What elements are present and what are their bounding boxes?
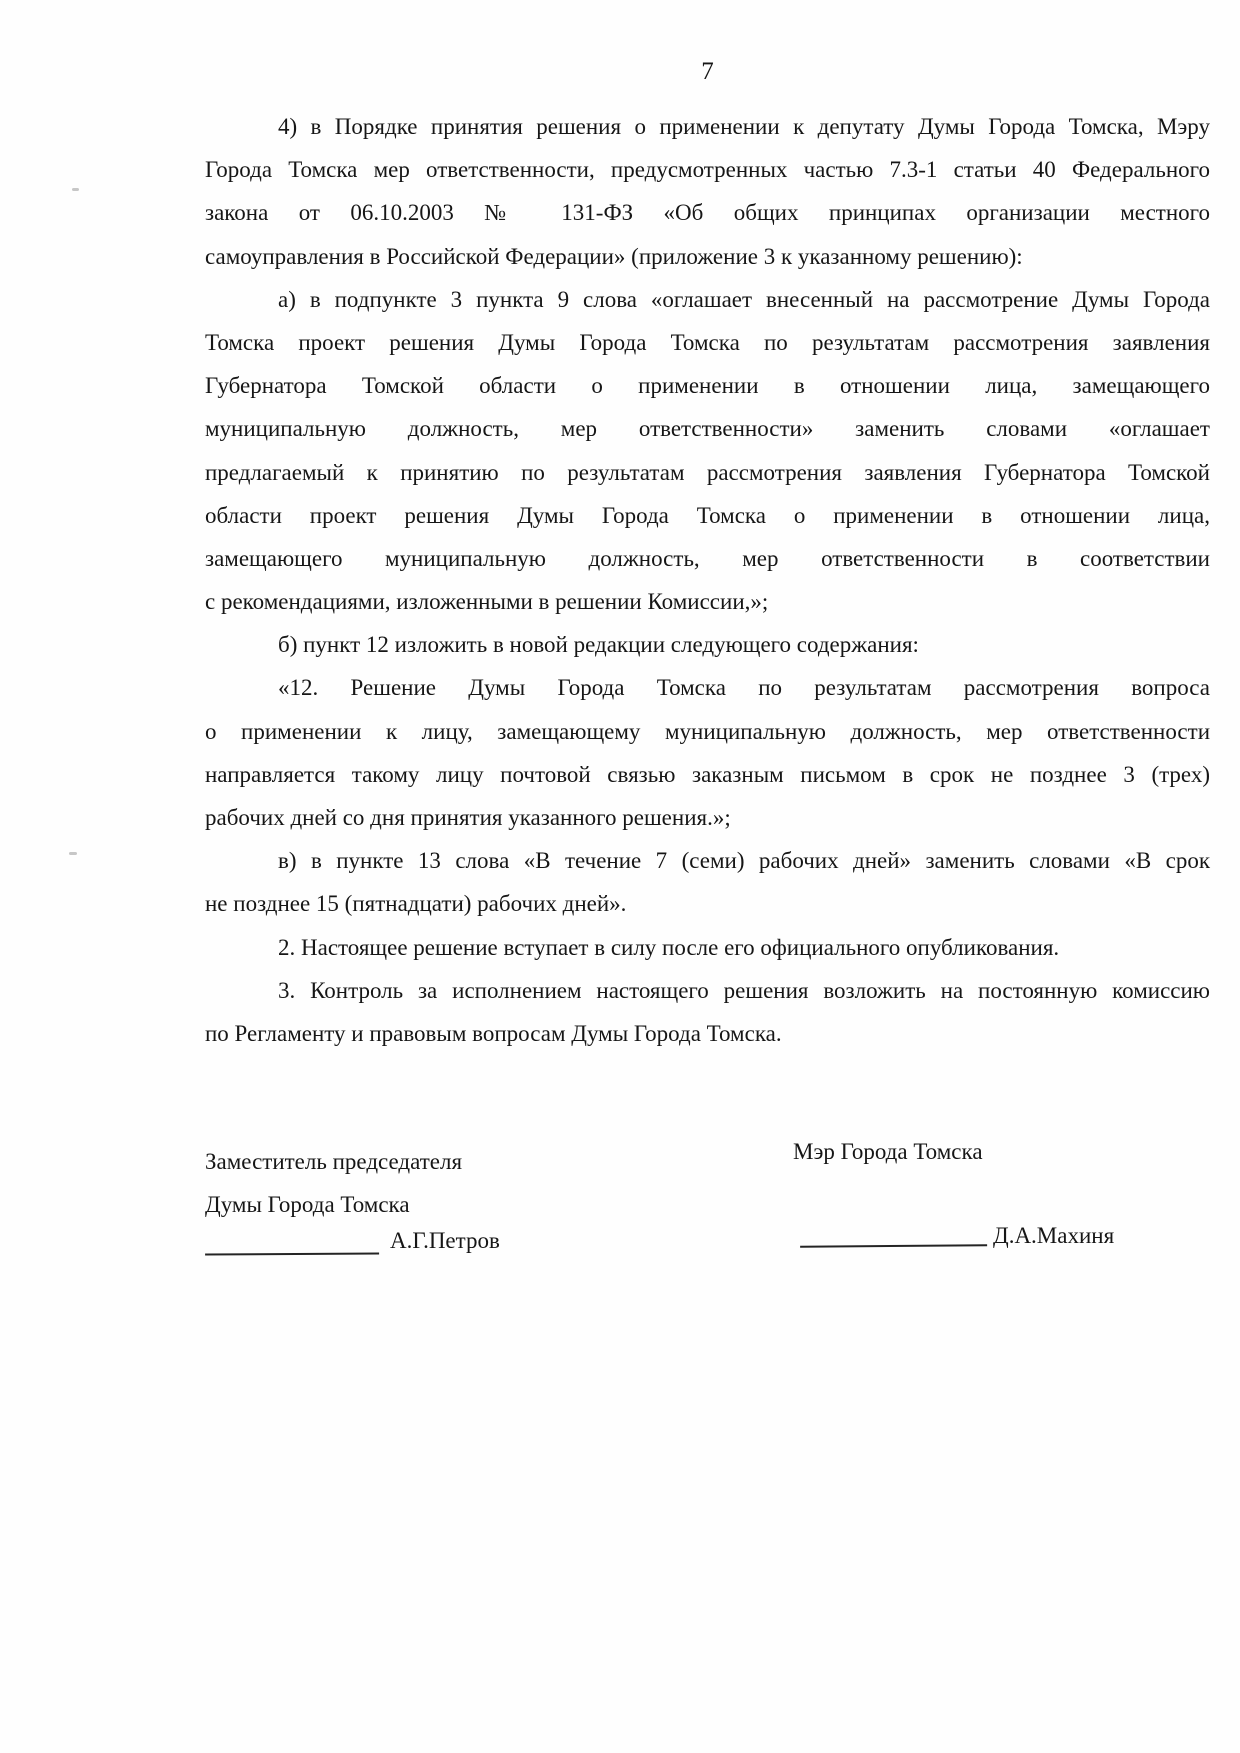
signature-left-title: Заместитель председателяДумы Города Томс… (205, 1140, 462, 1226)
paragraph-line: Томска проект решения Думы Города Томска… (205, 321, 1210, 364)
paragraph-line: муниципальную должность, мер ответственн… (205, 407, 1210, 450)
paragraph-line: области проект решения Думы Города Томск… (205, 494, 1210, 537)
scan-speck (72, 188, 79, 191)
scanned-document-page: 7 4) в Порядке принятия решения о примен… (0, 0, 1240, 1753)
paragraph-line: о применении к лицу, замещающему муницип… (205, 710, 1210, 753)
paragraph: 3. Контроль за исполнением настоящего ре… (205, 969, 1210, 1055)
signature-right-name: Д.А.Махиня (993, 1223, 1114, 1248)
paragraph-line: 3. Контроль за исполнением настоящего ре… (205, 969, 1210, 1012)
document-body: 4) в Порядке принятия решения о применен… (205, 105, 1210, 1055)
paragraph: 2. Настоящее решение вступает в силу пос… (205, 926, 1210, 969)
paragraph-line: с рекомендациями, изложенными в решении … (205, 580, 1210, 623)
signature-left-name: А.Г.Петров (390, 1228, 500, 1253)
paragraph-line: 2. Настоящее решение вступает в силу пос… (205, 926, 1210, 969)
signature-right-title: Мэр Города Томска (793, 1130, 983, 1173)
paragraph: а) в подпункте 3 пункта 9 слова «оглашае… (205, 278, 1210, 624)
paragraph-line: направляется такому лицу почтовой связью… (205, 753, 1210, 796)
paragraph-line: по Регламенту и правовым вопросам Думы Г… (205, 1012, 1210, 1055)
signature-title-line: Мэр Города Томска (793, 1130, 983, 1173)
scan-speck (69, 852, 77, 855)
paragraph: в) в пункте 13 слова «В течение 7 (семи)… (205, 839, 1210, 925)
paragraph-line: рабочих дней со дня принятия указанного … (205, 796, 1210, 839)
paragraph-line: 4) в Порядке принятия решения о применен… (205, 105, 1210, 148)
paragraph: 4) в Порядке принятия решения о применен… (205, 105, 1210, 278)
paragraph-line: «12. Решение Думы Города Томска по резул… (205, 666, 1210, 709)
paragraph: б) пункт 12 изложить в новой редакции сл… (205, 623, 1210, 666)
signature-left-line (205, 1222, 379, 1255)
paragraph-line: а) в подпункте 3 пункта 9 слова «оглашае… (205, 278, 1210, 321)
signature-right-row: Д.А.Махиня (800, 1214, 1114, 1257)
paragraph: «12. Решение Думы Города Томска по резул… (205, 666, 1210, 839)
signature-right-line (800, 1214, 987, 1247)
paragraph-line: самоуправления в Российской Федерации» (… (205, 235, 1210, 278)
paragraph-line: Губернатора Томской области о применении… (205, 364, 1210, 407)
paragraph-line: Города Томска мер ответственности, преду… (205, 148, 1210, 191)
paragraph-line: в) в пункте 13 слова «В течение 7 (семи)… (205, 839, 1210, 882)
page-number: 7 (205, 58, 1210, 86)
paragraph-line: замещающего муниципальную должность, мер… (205, 537, 1210, 580)
paragraph-line: закона от 06.10.2003 № 131-ФЗ «Об общих … (205, 191, 1210, 234)
paragraph-line: предлагаемый к принятию по результатам р… (205, 451, 1210, 494)
paragraph-line: б) пункт 12 изложить в новой редакции сл… (205, 623, 1210, 666)
signature-title-line: Заместитель председателя (205, 1140, 462, 1183)
paragraph-line: не позднее 15 (пятнадцати) рабочих дней»… (205, 882, 1210, 925)
signature-left-row: А.Г.Петров (205, 1219, 500, 1262)
